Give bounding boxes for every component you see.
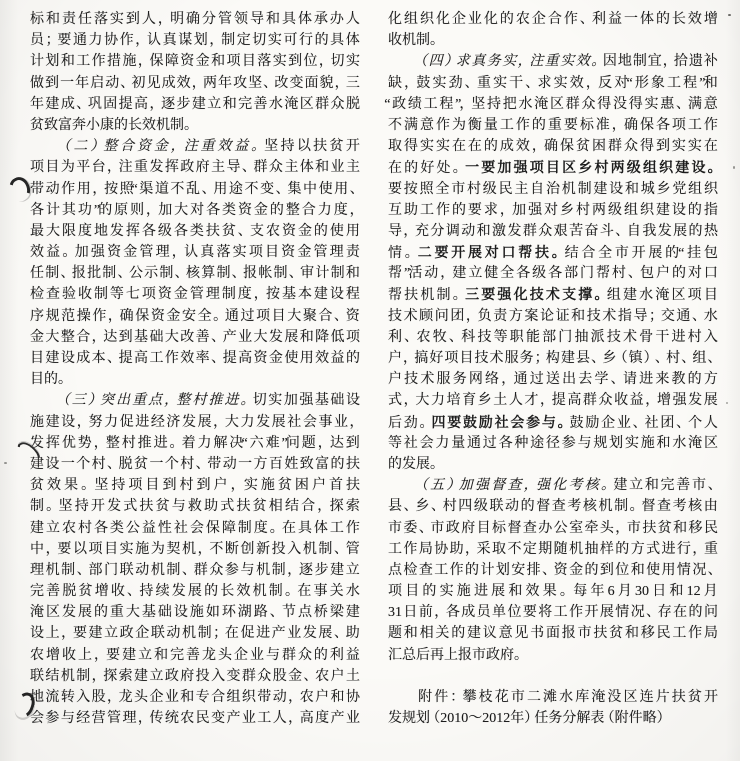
text-line: 不满意作为衡量工作的重要标准，确保各项工作	[388, 115, 718, 136]
text-line: 缺，鼓实劲、重实干、求实效，反对“形象工程”和	[388, 73, 718, 94]
text-line: 效益。加强资金管理，认真落实项目资金管理责	[30, 242, 360, 263]
text-line: 县、乡、村四级联动的督查考核机制。督查考核由	[388, 496, 718, 517]
text-line: 要按照全市村级民主自治机制建设和城乡党组织	[388, 179, 718, 200]
scanned-document-page: 标和责任落实到人，明确分管领导和具体承办人员；要通力协作，认真谋划，制定切实可行…	[0, 0, 740, 761]
blank-line	[388, 666, 718, 687]
text-line: 年建成、巩固提高，逐步建立和完善水淹区群众脱	[30, 94, 360, 115]
text-line: 序规范操作，确保资金安全。通过项目大聚合、资	[30, 306, 360, 327]
text-line: （五）加强督查，强化考核。建立和完善市、	[388, 475, 718, 496]
text-line: 附件：攀枝花市二滩水库淹没区连片扶贫开	[388, 687, 718, 708]
text-line: 员；要通力协作，认真谋划，制定切实可行的具体	[30, 30, 360, 51]
scan-speck	[733, 166, 735, 169]
text-line: 市委、市政府目标督查办公室牵头，市扶贫和移民	[388, 518, 718, 539]
text-line: 取得实实在在的成效，确保贫困群众得到实实在	[388, 136, 718, 157]
text-line: 利、农牧、科技等职能部门抽派技术骨干进村入	[388, 327, 718, 348]
text-line: 贫效果。坚持项目到村到户，实施贫困户首扶	[30, 475, 360, 496]
text-line: 发规划（2010～2012年）任务分解表（附件略）	[388, 708, 718, 729]
text-line: 项目的实施进展和效果。每年6月30日和12月	[388, 581, 718, 602]
text-line: 情。二要开展对口帮扶。结合全市开展的“挂包	[388, 242, 718, 263]
text-line: 联结机制，探索建立政府投入变群众股金、农户土	[30, 666, 360, 687]
text-line: 汇总后再上报市政府。	[388, 645, 718, 666]
text-line: 会参与经营管理，传统农民变产业工人，高度产业	[30, 708, 360, 729]
text-line: 户技术服务网络，通过送出去学、请进来教的方	[388, 369, 718, 390]
right-column: 化组织化企业化的农企合作、利益一体的长效增收机制。（四）求真务实，注重实效。因地…	[388, 9, 718, 729]
text-line: 帮扶机制。三要强化技术支撑。组建水淹区项目	[388, 284, 718, 305]
text-line: 施建设，努力促进经济发展，大力发展社会事业，	[30, 412, 360, 433]
text-line: 目建设成本、提高工作效率、提高资金使用效益的	[30, 348, 360, 369]
text-line: 任制、报批制、公示制、核算制、报帐制、审计制和	[30, 263, 360, 284]
text-line: 发挥优势，整村推进。着力解决“六难”问题，达到	[30, 433, 360, 454]
text-line: 导，充分调动和激发群众艰苦奋斗、自我发展的热	[388, 221, 718, 242]
scan-speck	[4, 462, 7, 464]
text-line: 互助工作的要求，加强对乡村两级组织建设的指	[388, 200, 718, 221]
left-column: 标和责任落实到人，明确分管领导和具体承办人员；要通力协作，认真谋划，制定切实可行…	[30, 9, 360, 729]
text-line: 技术顾问团，负责方案论证和技术指导；交通、水	[388, 306, 718, 327]
text-line: 的发展。	[388, 454, 718, 475]
text-line: 制。坚持开发式扶贫与救助式扶贫相结合，探索	[30, 496, 360, 517]
text-line: 式，大力培育乡土人才，提高群众收益，增强发展	[388, 390, 718, 411]
text-line: 31日前，各成员单位要将工作开展情况、存在的问	[388, 602, 718, 623]
text-line: 理机制、部门联动机制、群众参与机制，逐步建立	[30, 560, 360, 581]
text-line: 中，要以项目实施为契机，不断创新投入机制、管	[30, 539, 360, 560]
text-line: 农增收上，要建立和完善龙头企业与群众的利益	[30, 645, 360, 666]
text-line: 做到一年启动、初见成效，两年攻坚、改变面貌，三	[30, 73, 360, 94]
text-line: 标和责任落实到人，明确分管领导和具体承办人	[30, 9, 360, 30]
text-line: “政绩工程”，坚持把水淹区群众得没得实惠、满意	[388, 94, 718, 115]
text-line: 目的。	[30, 369, 360, 390]
text-line: 计划和工作措施，保障资金和项目落实到位，切实	[30, 51, 360, 72]
text-line: 检查验收制等七项资金管理制度，按基本建设程	[30, 284, 360, 305]
text-line: 收机制。	[388, 30, 718, 51]
text-line: 最大限度地发挥各级各类扶贫、支农资金的使用	[30, 221, 360, 242]
text-line: （四）求真务实，注重实效。因地制宜，拾遗补	[388, 51, 718, 72]
scan-speck	[728, 14, 731, 16]
text-line: 建立农村各类公益性社会保障制度。在具体工作	[30, 518, 360, 539]
text-line: 建设一个村、脱贫一个村、带动一方百姓致富的扶	[30, 454, 360, 475]
text-line: 帮”活动，建立健全各级各部门帮村、包户的对口	[388, 263, 718, 284]
text-line: 项目为平台，注重发挥政府主导、群众主体和业主	[30, 157, 360, 178]
text-line: 地流转入股，龙头企业和专合组织带动，农户和协	[30, 687, 360, 708]
text-line: 完善脱贫增收、持续发展的长效机制。在事关水	[30, 581, 360, 602]
text-line: 后劲。四要鼓励社会参与。鼓励企业、社团、个人	[388, 412, 718, 433]
text-line: 化组织化企业化的农企合作、利益一体的长效增	[388, 9, 718, 30]
text-line: 淹区发展的重大基础设施如环湖路、节点桥梁建	[30, 602, 360, 623]
scan-speck	[726, 402, 728, 404]
text-line: 在的好处。一要加强项目区乡村两级组织建设。	[388, 157, 718, 178]
text-line: 工作局协助，采取不定期随机抽样的方式进行，重	[388, 539, 718, 560]
text-line: 户，搞好项目技术服务；构建县、乡（镇）、村、组、	[388, 348, 718, 369]
text-line: 各计其功”的原则，加大对各类资金的整合力度，	[30, 200, 360, 221]
text-line: 点检查工作的计划安排、资金的到位和使用情况、	[388, 560, 718, 581]
text-line: 等社会力量通过各种途径参与规划实施和水淹区	[388, 433, 718, 454]
text-line: （二）整合资金，注重效益。坚持以扶贫开	[30, 136, 360, 157]
text-line: 贫致富奔小康的长效机制。	[30, 115, 360, 136]
text-line: 金大整合，达到基础大改善、产业大发展和降低项	[30, 327, 360, 348]
text-line: 题和相关的建议意见书面报市扶贫和移民工作局	[388, 623, 718, 644]
text-line: 带动作用，按照“渠道不乱、用途不变、集中使用、	[30, 179, 360, 200]
text-line: （三）突出重点，整村推进。切实加强基础设	[30, 390, 360, 411]
text-line: 设上，要建立政企联动机制；在促进产业发展、助	[30, 623, 360, 644]
